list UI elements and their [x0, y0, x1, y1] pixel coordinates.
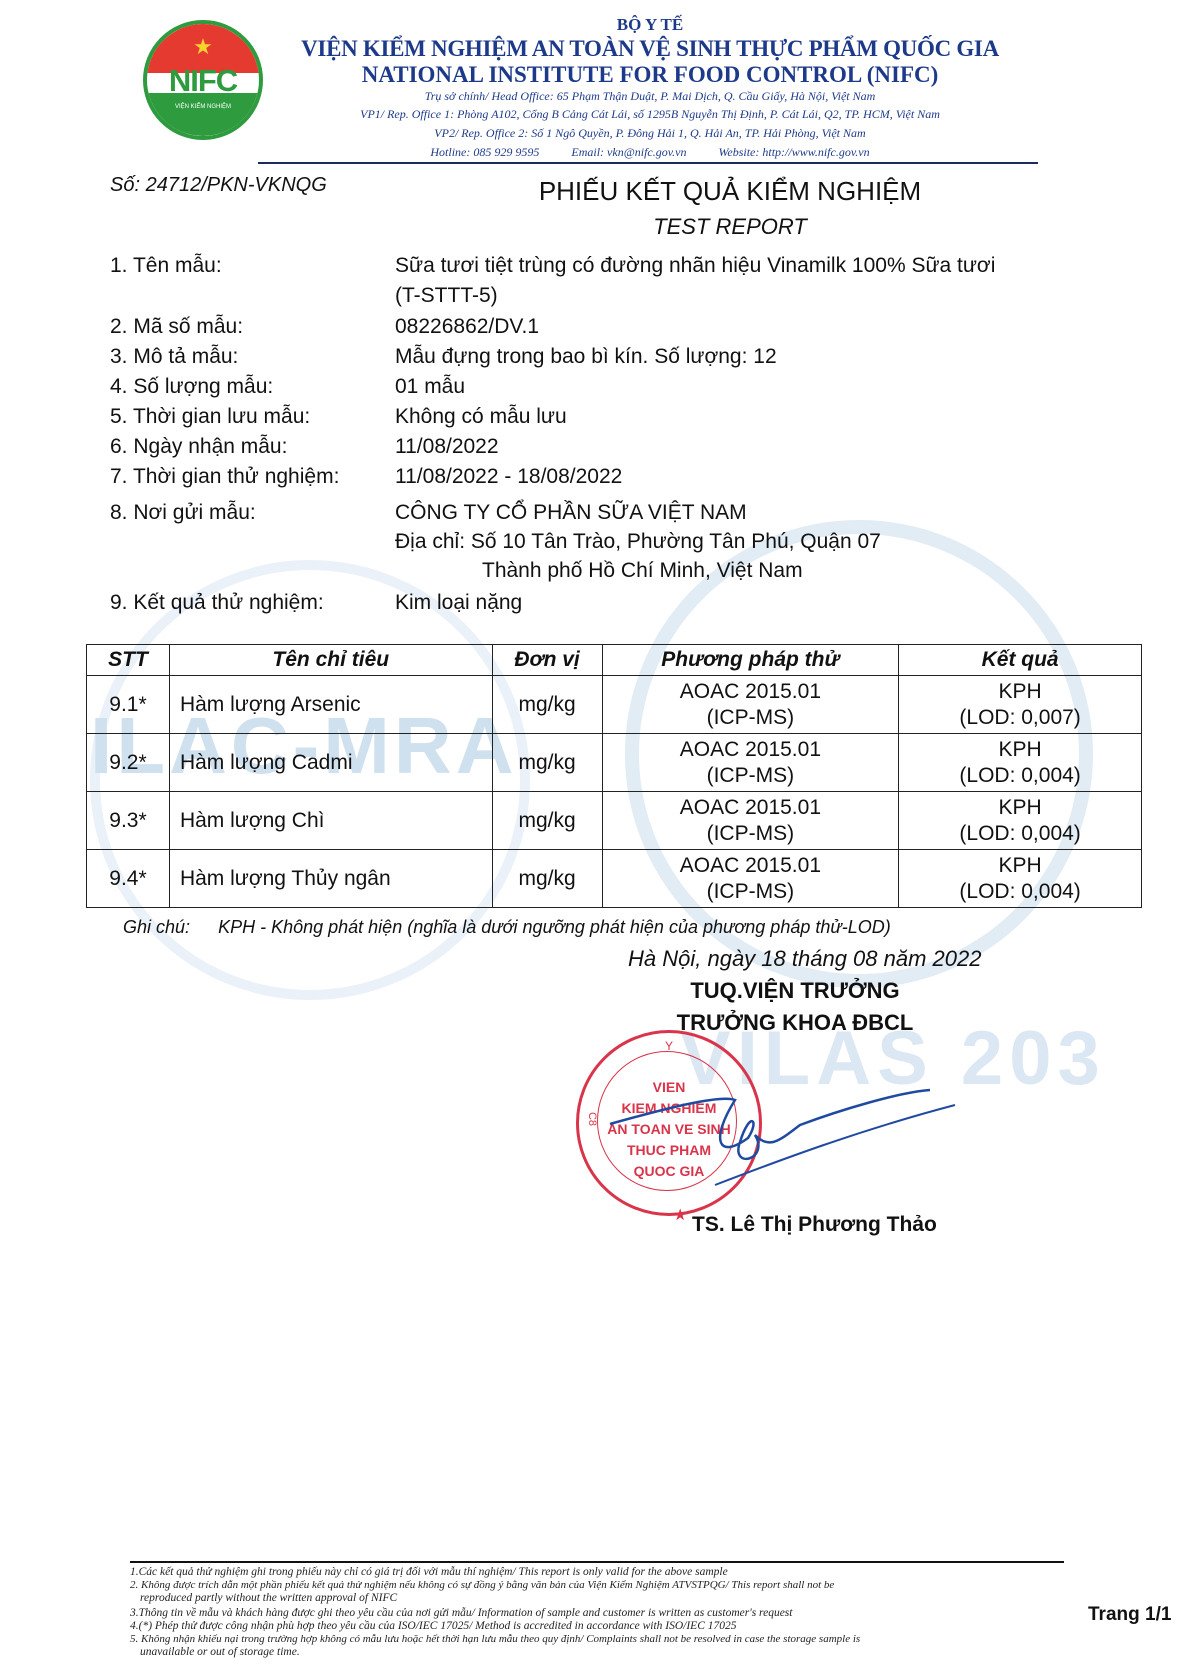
signer-name: TS. Lê Thị Phương Thảo: [692, 1213, 937, 1237]
footer-note-3: 3.Thông tin về mẫu và khách hàng được gh…: [130, 1607, 792, 1620]
col-header-result: Kết quả: [899, 645, 1142, 676]
head-office: Trụ sở chính/ Head Office: 65 Phạm Thận …: [260, 89, 1040, 104]
ministry: BỘ Y TẾ: [260, 15, 1040, 35]
col-header-parameter: Tên chỉ tiêu: [169, 645, 492, 676]
method-name: AOAC 2015.01: [607, 679, 895, 705]
field-label-quantity: 4. Số lượng mẫu:: [110, 373, 273, 401]
method-name: AOAC 2015.01: [607, 853, 895, 879]
nifc-logo: ★ NIFC VIỆN KIỂM NGHIỆM: [143, 20, 263, 140]
email-link[interactable]: Email: vkn@nifc.gov.vn: [571, 145, 686, 159]
cell-stt: 9.2*: [87, 734, 170, 792]
field-value-test-result: Kim loại nặng: [395, 589, 522, 617]
header-divider: [258, 162, 1038, 164]
field-value-received-date: 11/08/2022: [395, 433, 499, 461]
rep-office-1: VP1/ Rep. Office 1: Phòng A102, Cổng B C…: [240, 107, 1060, 122]
cell-parameter: Hàm lượng Cadmi: [169, 734, 492, 792]
place-date: Hà Nội, ngày 18 tháng 08 năm 2022: [628, 946, 981, 972]
table-header-row: STT Tên chỉ tiêu Đơn vị Phương pháp thử …: [87, 645, 1142, 676]
cell-result: KPH(LOD: 0,007): [899, 676, 1142, 734]
page-number: Trang 1/1: [1088, 1604, 1171, 1626]
method-technique: (ICP-MS): [607, 879, 895, 905]
institute-vi: VIỆN KIỂM NGHIỆM AN TOÀN VỆ SINH THỰC PH…: [260, 36, 1040, 62]
field-value-sender: CÔNG TY CỔ PHẦN SỮA VIỆT NAM: [395, 499, 747, 527]
col-header-unit: Đơn vị: [492, 645, 602, 676]
report-number: Số: 24712/PKN-VKNQG: [110, 174, 327, 197]
result-lod: (LOD: 0,004): [903, 763, 1137, 789]
result-value: KPH: [903, 679, 1137, 705]
field-value-test-period: 11/08/2022 - 18/08/2022: [395, 463, 622, 491]
field-label-description: 3. Mô tả mẫu:: [110, 343, 238, 371]
method-technique: (ICP-MS): [607, 705, 895, 731]
field-value-sample-id: 08226862/DV.1: [395, 313, 539, 341]
field-label-sample-id: 2. Mã số mẫu:: [110, 313, 243, 341]
result-value: KPH: [903, 853, 1137, 879]
field-value-sender-address: Địa chỉ: Số 10 Tân Trào, Phường Tân Phú,…: [395, 528, 881, 556]
result-value: KPH: [903, 737, 1137, 763]
note: Ghi chú: KPH - Không phát hiện (nghĩa là…: [123, 917, 891, 938]
cell-method: AOAC 2015.01(ICP-MS): [602, 792, 899, 850]
cell-method: AOAC 2015.01(ICP-MS): [602, 734, 899, 792]
cell-parameter: Hàm lượng Arsenic: [169, 676, 492, 734]
handwritten-signature: [600, 1080, 960, 1190]
cell-parameter: Hàm lượng Chì: [169, 792, 492, 850]
table-row: 9.3* Hàm lượng Chì mg/kg AOAC 2015.01(IC…: [87, 792, 1142, 850]
rep-office-2: VP2/ Rep. Office 2: Số 1 Ngô Quyền, P. Đ…: [260, 126, 1040, 141]
website-link[interactable]: Website: http://www.nifc.gov.vn: [719, 145, 870, 159]
table-row: 9.4* Hàm lượng Thủy ngân mg/kg AOAC 2015…: [87, 850, 1142, 908]
field-label-retention: 5. Thời gian lưu mẫu:: [110, 403, 310, 431]
cell-stt: 9.3*: [87, 792, 170, 850]
result-lod: (LOD: 0,007): [903, 705, 1137, 731]
results-table: STT Tên chỉ tiêu Đơn vị Phương pháp thử …: [86, 644, 1142, 908]
field-label-sender: 8. Nơi gửi mẫu:: [110, 499, 256, 527]
field-value-quantity: 01 mẫu: [395, 373, 465, 401]
footer-note-2b: reproduced partly without the written ap…: [140, 1592, 397, 1605]
result-lod: (LOD: 0,004): [903, 821, 1137, 847]
field-label-sample-name: 1. Tên mẫu:: [110, 252, 222, 280]
table-row: 9.2* Hàm lượng Cadmi mg/kg AOAC 2015.01(…: [87, 734, 1142, 792]
logo-text: NIFC: [147, 64, 259, 98]
cell-unit: mg/kg: [492, 850, 602, 908]
star-icon: ★: [147, 36, 259, 58]
method-name: AOAC 2015.01: [607, 737, 895, 763]
method-name: AOAC 2015.01: [607, 795, 895, 821]
field-value-retention: Không có mẫu lưu: [395, 403, 567, 431]
field-value-sender-city: Thành phố Hồ Chí Minh, Việt Nam: [482, 557, 803, 585]
col-header-stt: STT: [87, 645, 170, 676]
footer-note-2: 2. Không được trích dẫn một phần phiếu k…: [130, 1579, 834, 1592]
hotline: Hotline: 085 929 9595: [430, 145, 539, 159]
cell-parameter: Hàm lượng Thủy ngân: [169, 850, 492, 908]
field-value-sample-name: Sữa tươi tiệt trùng có đường nhãn hiệu V…: [395, 252, 995, 280]
footer-note-1: 1.Các kết quả thử nghiệm ghi trong phiếu…: [130, 1566, 728, 1579]
cell-method: AOAC 2015.01(ICP-MS): [602, 676, 899, 734]
stamp-star-icon: ★: [673, 1205, 687, 1225]
report-title-vi: PHIẾU KẾT QUẢ KIỂM NGHIỆM: [470, 176, 990, 207]
col-header-method: Phương pháp thử: [602, 645, 899, 676]
signatory-title-1: TUQ.VIỆN TRƯỞNG: [600, 978, 990, 1004]
footer-divider: [130, 1561, 1064, 1563]
cell-result: KPH(LOD: 0,004): [899, 850, 1142, 908]
field-value-description: Mẫu đựng trong bao bì kín. Số lượng: 12: [395, 343, 777, 371]
cell-unit: mg/kg: [492, 676, 602, 734]
note-label: Ghi chú:: [123, 917, 190, 937]
cell-method: AOAC 2015.01(ICP-MS): [602, 850, 899, 908]
field-label-received-date: 6. Ngày nhận mẫu:: [110, 433, 287, 461]
field-value-sample-code-suffix: (T-STTT-5): [395, 282, 498, 310]
footer-note-5b: unavailable or out of storage time.: [140, 1646, 300, 1659]
method-technique: (ICP-MS): [607, 763, 895, 789]
cell-result: KPH(LOD: 0,004): [899, 792, 1142, 850]
cell-stt: 9.4*: [87, 850, 170, 908]
footer-note-5: 5. Không nhận khiếu nại trong trường hợp…: [130, 1633, 860, 1646]
field-label-test-result: 9. Kết quả thử nghiệm:: [110, 589, 324, 617]
field-label-test-period: 7. Thời gian thử nghiệm:: [110, 463, 339, 491]
result-lod: (LOD: 0,004): [903, 879, 1137, 905]
table-row: 9.1* Hàm lượng Arsenic mg/kg AOAC 2015.0…: [87, 676, 1142, 734]
note-text: KPH - Không phát hiện (nghĩa là dưới ngư…: [218, 917, 891, 937]
result-value: KPH: [903, 795, 1137, 821]
cell-result: KPH(LOD: 0,004): [899, 734, 1142, 792]
contact-line: Hotline: 085 929 9595 Email: vkn@nifc.go…: [260, 145, 1040, 160]
institute-en: NATIONAL INSTITUTE FOR FOOD CONTROL (NIF…: [260, 62, 1040, 88]
report-title-en: TEST REPORT: [470, 214, 990, 240]
cell-unit: mg/kg: [492, 734, 602, 792]
method-technique: (ICP-MS): [607, 821, 895, 847]
cell-stt: 9.1*: [87, 676, 170, 734]
footer-note-4: 4.(*) Phép thử được công nhận phù hợp th…: [130, 1620, 737, 1633]
stamp-top-letter: Y: [579, 1039, 759, 1053]
cell-unit: mg/kg: [492, 792, 602, 850]
